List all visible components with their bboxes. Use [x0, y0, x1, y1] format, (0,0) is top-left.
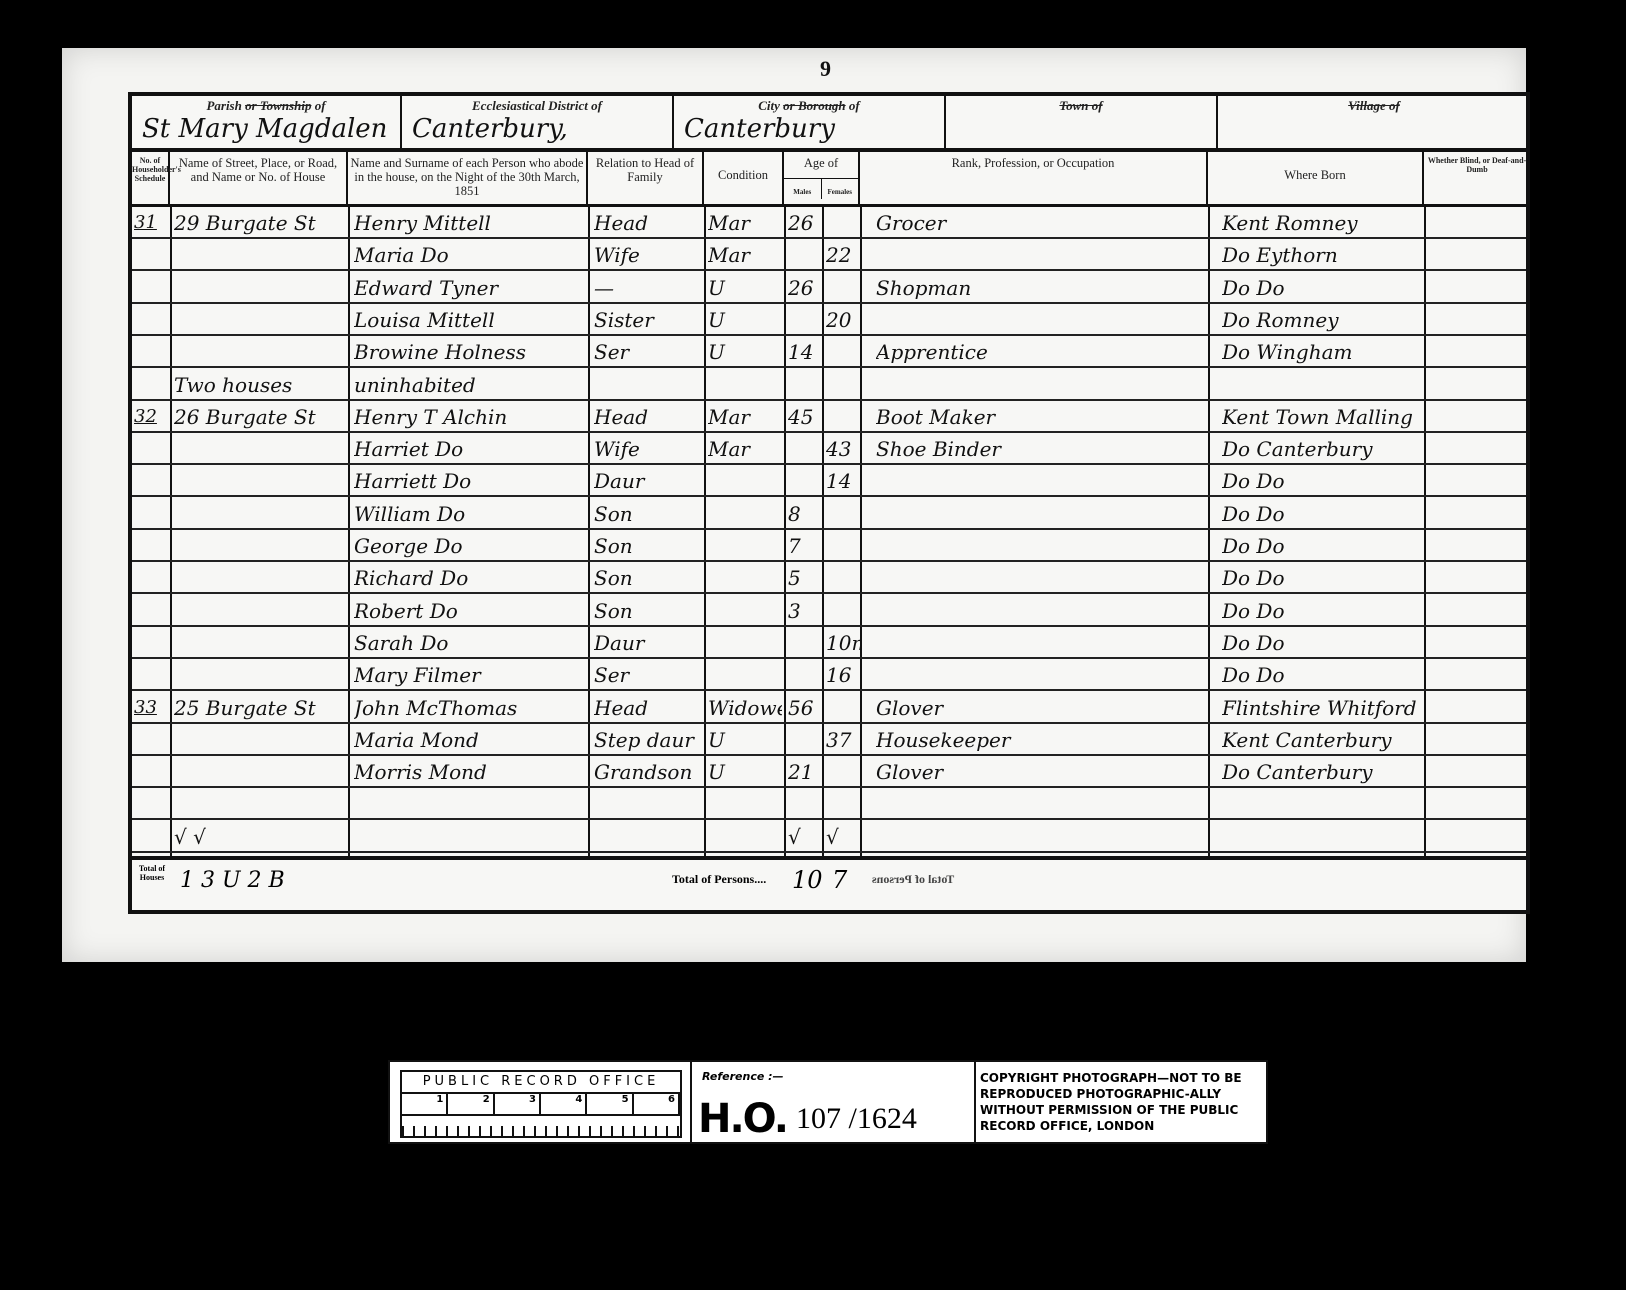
table-row: Richard DoSon5Do Do [132, 562, 1526, 594]
cell-condition: Mar [708, 207, 782, 239]
cell-occupation: Boot Maker [876, 401, 1206, 433]
cell-name: Henry T Alchin [354, 401, 586, 433]
table-row: 3226 Burgate StHenry T AlchinHeadMar45Bo… [132, 401, 1526, 433]
total-houses-value: 1 3 U 2 B [180, 868, 285, 893]
cell-female: 43 [826, 433, 860, 465]
cell-condition: Mar [708, 401, 782, 433]
cell-relation: Ser [594, 659, 702, 691]
cell-male [788, 304, 822, 336]
cell-name: Browine Holness [354, 336, 586, 368]
cell-female [826, 207, 860, 239]
cell-born [1222, 821, 1422, 853]
cell-name: Maria Do [354, 239, 586, 271]
cell-schedule [134, 756, 170, 788]
cell-occupation: Glover [876, 692, 1206, 724]
cell-schedule [134, 239, 170, 271]
cell-born: Do Do [1222, 465, 1422, 497]
col-blind: Whether Blind, or Deaf-and-Dumb [1424, 152, 1530, 204]
census-form: Parish or Township of St Mary Magdalen E… [128, 92, 1530, 914]
col-males: Males [784, 179, 822, 199]
cell-male: 3 [788, 595, 822, 627]
cell-occupation: Apprentice [876, 336, 1206, 368]
col-born: Where Born [1208, 152, 1424, 204]
cell-male [788, 465, 822, 497]
cell-relation: Son [594, 498, 702, 530]
cell-street [174, 562, 346, 594]
table-row: Edward Tyner—U26ShopmanDo Do [132, 272, 1526, 304]
cell-female [826, 562, 860, 594]
table-row: Mary FilmerSer16Do Do [132, 659, 1526, 691]
cell-schedule: 31 [134, 207, 170, 239]
cell-condition: U [708, 756, 782, 788]
table-row: Browine HolnessSerU14ApprenticeDo Wingha… [132, 336, 1526, 368]
cell-born: Do Romney [1222, 304, 1422, 336]
cell-female [826, 401, 860, 433]
cell-street [174, 756, 346, 788]
cell-born: Do Do [1222, 530, 1422, 562]
cell-born: Do Do [1222, 498, 1422, 530]
cell-born: Do Do [1222, 562, 1422, 594]
town-cell: Town of [946, 96, 1218, 148]
cell-relation: Head [594, 692, 702, 724]
cell-male: √ [788, 821, 822, 853]
table-row: Two housesuninhabited [132, 369, 1526, 401]
cell-relation: Head [594, 207, 702, 239]
ruler-ticks [402, 1118, 680, 1136]
cell-schedule: 32 [134, 401, 170, 433]
cell-relation: Daur [594, 627, 702, 659]
cell-condition [708, 595, 782, 627]
cell-born: Kent Canterbury [1222, 724, 1422, 756]
totals-row: Total of Houses 1 3 U 2 B Total of Perso… [132, 856, 1526, 914]
cell-name: Maria Mond [354, 724, 586, 756]
record-office-ruler: PUBLIC RECORD OFFICE 1 2 3 4 5 6 [400, 1070, 682, 1138]
cell-male [788, 369, 822, 401]
cell-female: 22 [826, 239, 860, 271]
cell-schedule [134, 304, 170, 336]
total-houses-label: Total of Houses [134, 864, 170, 882]
cell-born: Do Canterbury [1222, 756, 1422, 788]
cell-born: Do Wingham [1222, 336, 1422, 368]
cell-occupation: Housekeeper [876, 724, 1206, 756]
mirror-total-text: Total of Persons [872, 872, 954, 887]
reference-number: 107 /1624 [796, 1102, 917, 1136]
cell-relation [594, 369, 702, 401]
cell-street: 25 Burgate St [174, 692, 346, 724]
cell-relation: Son [594, 530, 702, 562]
cell-male: 5 [788, 562, 822, 594]
table-row: 3325 Burgate StJohn McThomasHeadWidower5… [132, 692, 1526, 724]
cell-born: Kent Town Malling [1222, 401, 1422, 433]
col-relation: Relation to Head of Family [588, 152, 704, 204]
col-occupation: Rank, Profession, or Occupation [860, 152, 1208, 204]
cell-street: 26 Burgate St [174, 401, 346, 433]
cell-condition: U [708, 272, 782, 304]
cell-schedule [134, 465, 170, 497]
cell-name: Henry Mittell [354, 207, 586, 239]
parish-cell: Parish or Township of St Mary Magdalen [132, 96, 402, 148]
cell-born: Do Eythorn [1222, 239, 1422, 271]
cell-condition: Mar [708, 433, 782, 465]
cell-schedule [134, 272, 170, 304]
cell-street [174, 530, 346, 562]
cell-born [1222, 788, 1422, 820]
cell-condition: Widower [708, 692, 782, 724]
cell-schedule [134, 562, 170, 594]
record-office-label: PUBLIC RECORD OFFICE 1 2 3 4 5 6 Referen… [388, 1060, 1268, 1144]
total-males: 10 [792, 866, 823, 894]
cell-relation: — [594, 272, 702, 304]
ecclesiastical-cell: Ecclesiastical District of Canterbury, [402, 96, 674, 148]
cell-female: 37 [826, 724, 860, 756]
cell-relation: Son [594, 595, 702, 627]
cell-occupation [876, 465, 1206, 497]
table-row: Louisa MittellSisterU20Do Romney [132, 304, 1526, 336]
cell-name: Robert Do [354, 595, 586, 627]
cell-born: Do Do [1222, 659, 1422, 691]
reference-prefix: H.O. [698, 1096, 787, 1142]
cell-female [826, 369, 860, 401]
cell-condition [708, 498, 782, 530]
table-row: Morris MondGrandsonU21GloverDo Canterbur… [132, 756, 1526, 788]
cell-condition [708, 465, 782, 497]
cell-female [826, 272, 860, 304]
cell-male: 26 [788, 207, 822, 239]
cell-female [826, 692, 860, 724]
copyright-notice: COPYRIGHT PHOTOGRAPH—NOT TO BE REPRODUCE… [980, 1070, 1260, 1134]
col-females: Females [822, 179, 859, 199]
cell-name [354, 788, 586, 820]
cell-street: Two houses [174, 369, 346, 401]
cell-schedule [134, 724, 170, 756]
cell-female [826, 788, 860, 820]
cell-name: Morris Mond [354, 756, 586, 788]
cell-relation: Head [594, 401, 702, 433]
cell-male [788, 627, 822, 659]
cell-street [174, 465, 346, 497]
table-row [132, 788, 1526, 820]
cell-street: 29 Burgate St [174, 207, 346, 239]
table-row: √ √√√ [132, 821, 1526, 853]
cell-occupation: Shoe Binder [876, 433, 1206, 465]
cell-street [174, 336, 346, 368]
cell-occupation: Grocer [876, 207, 1206, 239]
cell-relation: Sister [594, 304, 702, 336]
cell-street [174, 304, 346, 336]
cell-condition: U [708, 336, 782, 368]
cell-male: 14 [788, 336, 822, 368]
cell-relation: Wife [594, 433, 702, 465]
table-row: Sarah DoDaur10mDo Do [132, 627, 1526, 659]
cell-name: uninhabited [354, 369, 586, 401]
cell-occupation [876, 595, 1206, 627]
cell-street [174, 498, 346, 530]
cell-schedule [134, 433, 170, 465]
cell-schedule [134, 336, 170, 368]
col-condition: Condition [704, 152, 784, 204]
total-persons-label: Total of Persons.... [672, 872, 766, 887]
col-street: Name of Street, Place, or Road, and Name… [170, 152, 348, 204]
cell-name [354, 821, 586, 853]
reference-box: Reference :— H.O. 107 /1624 [690, 1062, 976, 1142]
cell-male: 56 [788, 692, 822, 724]
ecclesiastical-value: Canterbury, [412, 114, 568, 144]
cell-schedule [134, 627, 170, 659]
cell-occupation [876, 304, 1206, 336]
cell-street [174, 239, 346, 271]
cell-male [788, 659, 822, 691]
village-cell: Village of [1218, 96, 1530, 148]
cell-name: Sarah Do [354, 627, 586, 659]
cell-female [826, 498, 860, 530]
col-schedule: No. of Householder's Schedule [132, 152, 170, 204]
cell-condition [708, 369, 782, 401]
cell-street [174, 433, 346, 465]
cell-male: 26 [788, 272, 822, 304]
cell-condition [708, 562, 782, 594]
cell-occupation [876, 821, 1206, 853]
table-row: William DoSon8Do Do [132, 498, 1526, 530]
cell-relation: Wife [594, 239, 702, 271]
cell-schedule [134, 530, 170, 562]
cell-born: Do Canterbury [1222, 433, 1422, 465]
cell-female [826, 530, 860, 562]
cell-born: Flintshire Whitford [1222, 692, 1422, 724]
cell-born [1222, 369, 1422, 401]
cell-street: √ √ [174, 821, 346, 853]
page-number: 9 [820, 56, 831, 82]
cell-name: Louisa Mittell [354, 304, 586, 336]
col-age: Age of Males Females [784, 152, 860, 204]
col-name: Name and Surname of each Person who abod… [348, 152, 588, 204]
cell-occupation [876, 788, 1206, 820]
cell-schedule [134, 788, 170, 820]
cell-relation [594, 788, 702, 820]
cell-relation: Daur [594, 465, 702, 497]
cell-occupation [876, 659, 1206, 691]
cell-male: 45 [788, 401, 822, 433]
cell-condition: U [708, 724, 782, 756]
cell-born: Do Do [1222, 595, 1422, 627]
city-cell: City or Borough of Canterbury [674, 96, 946, 148]
cell-female [826, 336, 860, 368]
cell-occupation [876, 369, 1206, 401]
cell-relation: Grandson [594, 756, 702, 788]
cell-occupation [876, 562, 1206, 594]
cell-occupation [876, 498, 1206, 530]
total-females: 7 [832, 866, 847, 894]
cell-female [826, 756, 860, 788]
cell-street [174, 595, 346, 627]
city-value: Canterbury [684, 114, 835, 144]
cell-street [174, 724, 346, 756]
cell-schedule [134, 821, 170, 853]
cell-male: 8 [788, 498, 822, 530]
cell-female [826, 595, 860, 627]
cell-street [174, 627, 346, 659]
cell-male [788, 239, 822, 271]
table-row: Robert DoSon3Do Do [132, 595, 1526, 627]
cell-schedule [134, 369, 170, 401]
cell-occupation [876, 239, 1206, 271]
cell-occupation [876, 627, 1206, 659]
cell-schedule [134, 498, 170, 530]
cell-schedule [134, 595, 170, 627]
cell-street [174, 659, 346, 691]
table-row: 3129 Burgate StHenry MittellHeadMar26Gro… [132, 207, 1526, 239]
cell-relation: Ser [594, 336, 702, 368]
cell-name: Richard Do [354, 562, 586, 594]
cell-name: John McThomas [354, 692, 586, 724]
cell-female: √ [826, 821, 860, 853]
cell-street [174, 788, 346, 820]
cell-relation [594, 821, 702, 853]
cell-occupation [876, 530, 1206, 562]
cell-born: Do Do [1222, 627, 1422, 659]
cell-relation: Son [594, 562, 702, 594]
cell-female: 20 [826, 304, 860, 336]
cell-schedule: 33 [134, 692, 170, 724]
cell-female: 10m [826, 627, 860, 659]
record-office-title: PUBLIC RECORD OFFICE [402, 1072, 680, 1094]
cell-male: 7 [788, 530, 822, 562]
cell-street [174, 272, 346, 304]
header-row: Parish or Township of St Mary Magdalen E… [132, 96, 1526, 152]
cell-occupation: Shopman [876, 272, 1206, 304]
cell-schedule [134, 659, 170, 691]
cell-male [788, 788, 822, 820]
table-row: Maria MondStep daurU37HousekeeperKent Ca… [132, 724, 1526, 756]
cell-name: Harriett Do [354, 465, 586, 497]
table-row: Harriett DoDaur14Do Do [132, 465, 1526, 497]
cell-occupation: Glover [876, 756, 1206, 788]
cell-condition [708, 821, 782, 853]
table-row: Harriet DoWifeMar43Shoe BinderDo Canterb… [132, 433, 1526, 465]
cell-female: 14 [826, 465, 860, 497]
cell-condition [708, 627, 782, 659]
parish-value: St Mary Magdalen [142, 114, 387, 144]
table-row: Maria DoWifeMar22Do Eythorn [132, 239, 1526, 271]
cell-born: Do Do [1222, 272, 1422, 304]
cell-name: Edward Tyner [354, 272, 586, 304]
cell-condition [708, 530, 782, 562]
cell-male: 21 [788, 756, 822, 788]
cell-name: George Do [354, 530, 586, 562]
cell-name: William Do [354, 498, 586, 530]
cell-relation: Step daur [594, 724, 702, 756]
cell-name: Mary Filmer [354, 659, 586, 691]
cell-female: 16 [826, 659, 860, 691]
cell-condition: Mar [708, 239, 782, 271]
cell-male [788, 433, 822, 465]
cell-condition [708, 659, 782, 691]
cell-condition [708, 788, 782, 820]
cell-born: Kent Romney [1222, 207, 1422, 239]
cell-name: Harriet Do [354, 433, 586, 465]
cell-condition: U [708, 304, 782, 336]
cell-male [788, 724, 822, 756]
table-row: George DoSon7Do Do [132, 530, 1526, 562]
